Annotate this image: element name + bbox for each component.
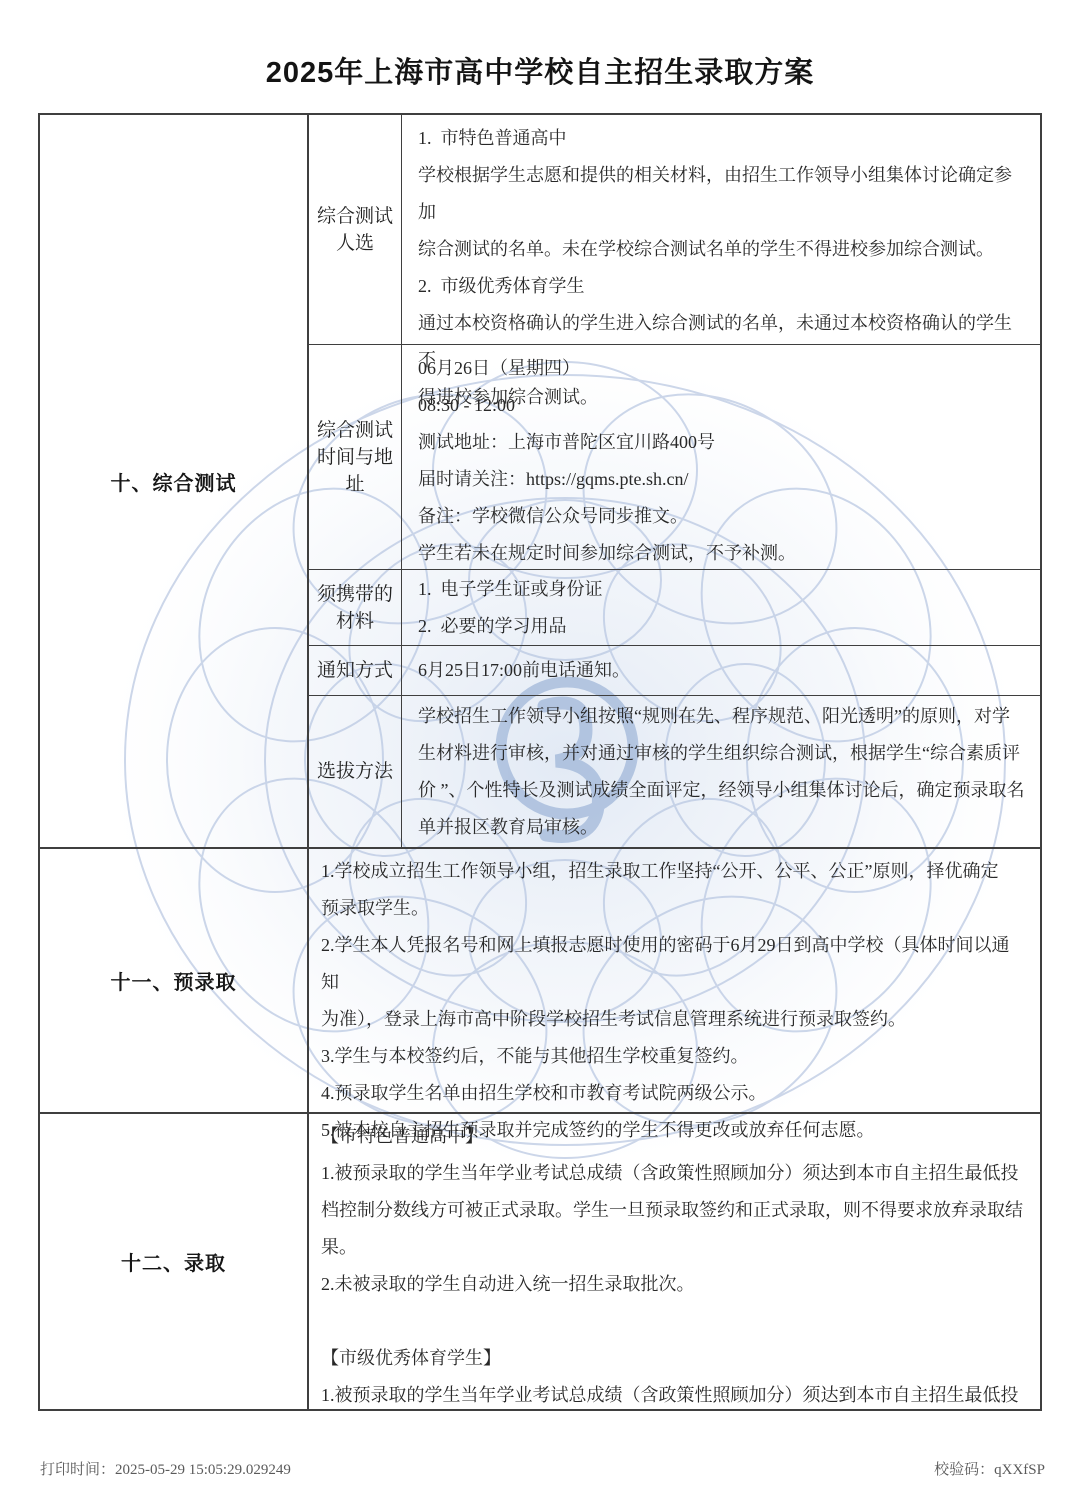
text-line: 1. 市特色普通高中	[418, 120, 1028, 157]
text-line: 生材料进行审核，并对通过审核的学生组织综合测试，根据学生“综合素质评	[418, 735, 1028, 772]
text-line: 2.未被录取的学生自动进入统一招生录取批次。	[321, 1266, 1026, 1303]
cell-notification: 6月25日17:00前电话通知。	[402, 646, 1040, 695]
subrow-selection-method: 选拔方法 学校招生工作领导小组按照“规则在先、程序规范、阳光透明”的原则，对学生…	[309, 695, 1040, 847]
row-header-admission: 十二、录取	[40, 1114, 309, 1409]
subrow-notification: 通知方式 6月25日17:00前电话通知。	[309, 645, 1040, 695]
cell-selection-method: 学校招生工作领导小组按照“规则在先、程序规范、阳光透明”的原则，对学生材料进行审…	[402, 696, 1040, 847]
cell-materials: 1. 电子学生证或身份证2. 必要的学习用品	[402, 570, 1040, 645]
subrow-time-location: 综合测试时间与地址 06月26日（星期四）08:30 - 12:00测试地址：上…	[309, 344, 1040, 569]
text-line: 1. 电子学生证或身份证	[418, 571, 1028, 608]
cell-pre-admission: 1.学校成立招生工作领导小组，招生录取工作坚持“公开、公平、公正”原则，择优确定…	[309, 849, 1040, 1112]
table-row-admission: 十二、录取 【市特色普通高中】1.被预录取的学生当年学业考试总成绩（含政策性照顾…	[40, 1112, 1040, 1409]
admission-plan-table: 十、综合测试 综合测试人选 1. 市特色普通高中学校根据学生志愿和提供的相关材料…	[38, 113, 1042, 1411]
text-line: 4.预录取学生名单由招生学校和市教育考试院两级公示。	[321, 1075, 1026, 1112]
text-line: 1.被预录取的学生当年学业考试总成绩（含政策性照顾加分）须达到本市自主招生最低投	[321, 1377, 1026, 1414]
cell-time-location: 06月26日（星期四）08:30 - 12:00测试地址：上海市普陀区宜川路40…	[402, 345, 1040, 569]
cell-candidates: 1. 市特色普通高中学校根据学生志愿和提供的相关材料，由招生工作领导小组集体讨论…	[402, 115, 1040, 344]
text-line: 测试地址：上海市普陀区宜川路400号	[418, 424, 1028, 461]
text-line: 价 ”、个性特长及测试成绩全面评定，经领导小组集体讨论后，确定预录取名	[418, 772, 1028, 809]
text-line: 2. 必要的学习用品	[418, 608, 1028, 645]
text-line: 06月26日（星期四）	[418, 350, 1028, 387]
print-time-text: 打印时间：2025-05-29 15:05:29.029249	[40, 1458, 291, 1479]
text-line: 【市级优秀体育学生】	[321, 1340, 1026, 1377]
text-line: 2.学生本人凭报名号和网上填报志愿时使用的密码于6月29日到高中学校（具体时间以…	[321, 927, 1026, 1001]
subrow-candidates: 综合测试人选 1. 市特色普通高中学校根据学生志愿和提供的相关材料，由招生工作领…	[309, 115, 1040, 344]
text-line: 学校招生工作领导小组按照“规则在先、程序规范、阳光透明”的原则，对学	[418, 698, 1028, 735]
text-line: 果。	[321, 1229, 1026, 1266]
document-title: 2025年上海市高中学校自主招生录取方案	[0, 50, 1080, 91]
text-line: 6月25日17:00前电话通知。	[418, 652, 1028, 689]
text-line: 届时请关注：https://gqms.pte.sh.cn/	[418, 461, 1028, 498]
subrow-label-candidates: 综合测试人选	[309, 115, 402, 344]
document-page: 2025年上海市高中学校自主招生录取方案 十、综合测试 综合测试人选 1. 市特…	[0, 0, 1080, 1503]
text-line: 1.被预录取的学生当年学业考试总成绩（含政策性照顾加分）须达到本市自主招生最低投	[321, 1155, 1026, 1192]
text-line	[321, 1303, 1026, 1340]
subrow-label-time-location: 综合测试时间与地址	[309, 345, 402, 569]
text-line: 学生若未在规定时间参加综合测试，不予补测。	[418, 535, 1028, 572]
text-line: 预录取学生。	[321, 890, 1026, 927]
subrow-label-materials: 须携带的材料	[309, 570, 402, 645]
text-line: 为准），登录上海市高中阶段学校招生考试信息管理系统进行预录取签约。	[321, 1001, 1026, 1038]
checksum-text: 校验码：qXXfSP	[934, 1458, 1045, 1479]
comprehensive-test-subtable: 综合测试人选 1. 市特色普通高中学校根据学生志愿和提供的相关材料，由招生工作领…	[309, 115, 1040, 847]
text-line: 综合测试的名单。未在学校综合测试名单的学生不得进校参加综合测试。	[418, 231, 1028, 268]
text-line: 档控制分数线方可被正式录取。学生一旦预录取签约和正式录取，则不得要求放弃录取结	[321, 1192, 1026, 1229]
text-line: 【市特色普通高中】	[321, 1118, 1026, 1155]
text-line: 学校根据学生志愿和提供的相关材料，由招生工作领导小组集体讨论确定参加	[418, 157, 1028, 231]
subrow-materials: 须携带的材料 1. 电子学生证或身份证2. 必要的学习用品	[309, 569, 1040, 645]
text-line: 2. 市级优秀体育学生	[418, 268, 1028, 305]
page-footer: 打印时间：2025-05-29 15:05:29.029249 校验码：qXXf…	[40, 1458, 1045, 1479]
row-header-pre-admission: 十一、预录取	[40, 849, 309, 1112]
text-line: 单并报区教育局审核。	[418, 809, 1028, 846]
text-line: 3.学生与本校签约后，不能与其他招生学校重复签约。	[321, 1038, 1026, 1075]
table-row-comprehensive-test: 十、综合测试 综合测试人选 1. 市特色普通高中学校根据学生志愿和提供的相关材料…	[40, 115, 1040, 847]
cell-admission: 【市特色普通高中】1.被预录取的学生当年学业考试总成绩（含政策性照顾加分）须达到…	[309, 1114, 1040, 1409]
text-line: 备注：学校微信公众号同步推文。	[418, 498, 1028, 535]
table-row-pre-admission: 十一、预录取 1.学校成立招生工作领导小组，招生录取工作坚持“公开、公平、公正”…	[40, 847, 1040, 1112]
subrow-label-selection-method: 选拔方法	[309, 696, 402, 847]
row-header-comprehensive-test: 十、综合测试	[40, 115, 309, 847]
text-line: 1.学校成立招生工作领导小组，招生录取工作坚持“公开、公平、公正”原则，择优确定	[321, 853, 1026, 890]
subrow-label-notification: 通知方式	[309, 646, 402, 695]
text-line: 08:30 - 12:00	[418, 387, 1028, 424]
